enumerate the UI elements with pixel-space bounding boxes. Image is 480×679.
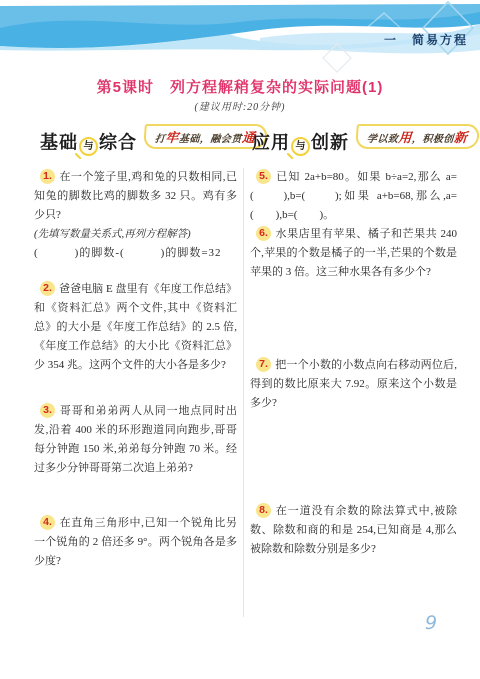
workbook-page: 一 简易方程 第5课时 列方程解稍复杂的实际问题(1) (建议用时:20分钟) … <box>0 0 480 679</box>
problem-text: 在一道没有余数的除法算式中,被除数、除数和商的和是 254,已知商是 4,那么被… <box>250 505 457 555</box>
problem-hint-note: (先填写数量关系式,再列方程解答) <box>34 225 237 244</box>
page-number: 9 <box>425 612 437 634</box>
section-title-part: 基础 <box>40 132 78 152</box>
problem-8: 8.在一道没有余数的除法算式中,被除数、除数和商的和是 254,已知商是 4,那… <box>250 502 457 612</box>
problem-number-badge: 5. <box>256 169 271 184</box>
page-title: 第5课时 列方程解稍复杂的实际问题(1) <box>0 76 480 97</box>
section-title-part: 应用 <box>252 132 290 152</box>
slogan-accent-char: 牢 <box>165 130 180 145</box>
problem-text: 爸爸电脑 E 盘里有《年度工作总结》和《资料汇总》两个文件,其中《资料汇总》的大… <box>34 283 237 371</box>
problem-number-badge: 2. <box>40 281 55 296</box>
problem-text: 水果店里有苹果、橘子和芒果共 240 个,苹果的个数是橘子的一半,芒果的个数是苹… <box>250 228 457 278</box>
problem-number-badge: 6. <box>256 226 271 241</box>
problem-5: 5.已知 2a+b=80。如果 b÷a=2,那么 a=( ),b=( );如果 … <box>250 168 457 225</box>
problem-number-badge: 1. <box>40 169 55 184</box>
section-slogan: 学以致用，积极创新 <box>355 124 479 149</box>
problem-text: 已知 2a+b=80。如果 b÷a=2,那么 a=( ),b=( );如果 a+… <box>250 171 457 221</box>
wave-banner-graphic <box>0 0 480 80</box>
header-banner: 一 简易方程 <box>0 0 480 80</box>
slogan-text: ，积极创 <box>411 134 454 145</box>
problem-2: 2.爸爸电脑 E 盘里有《年度工作总结》和《资料汇总》两个文件,其中《资料汇总》… <box>34 280 237 402</box>
problem-number-badge: 7. <box>256 357 271 372</box>
problem-number-badge: 4. <box>40 515 55 530</box>
magnifier-circle-icon: 与 <box>291 137 310 156</box>
slogan-text: 学以致 <box>366 134 398 145</box>
slogan-text: 基础，融会贯 <box>178 134 242 145</box>
problem-4: 4.在直角三角形中,已知一个锐角比另一个锐角的 2 倍还多 9°。两个锐角各是多… <box>34 514 237 614</box>
suggested-time-note: (建议用时:20分钟) <box>0 98 480 113</box>
column-divider <box>243 168 244 617</box>
slogan-accent-char: 新 <box>453 130 468 145</box>
problem-number-badge: 3. <box>40 403 55 418</box>
right-column: 5.已知 2a+b=80。如果 b÷a=2,那么 a=( ),b=( );如果 … <box>250 168 457 612</box>
problem-text: 在一个笼子里,鸡和兔的只数相同,已知兔的脚数比鸡的脚数多 32 只。鸡有多少只? <box>34 171 237 221</box>
left-column: 1.在一个笼子里,鸡和兔的只数相同,已知兔的脚数比鸡的脚数多 32 只。鸡有多少… <box>34 168 237 614</box>
problem-text: 在直角三角形中,已知一个锐角比另一个锐角的 2 倍还多 9°。两个锐角各是多少度… <box>34 517 237 567</box>
section-basics-header: 基础与综合打牢基础，融会贯通 <box>0 127 240 165</box>
problem-text: 把一个小数的小数点向右移动两位后,得到的数比原来大 7.92。原来这个小数是多少… <box>250 359 457 409</box>
slogan-accent-char: 用 <box>398 130 413 145</box>
problem-1: 1.在一个笼子里,鸡和兔的只数相同,已知兔的脚数比鸡的脚数多 32 只。鸡有多少… <box>34 168 237 280</box>
section-application-header: 应用与创新学以致用，积极创新 <box>240 127 480 165</box>
problem-number-badge: 8. <box>256 503 271 518</box>
problem-3: 3.哥哥和弟弟两人从同一地点同时出发,沿着 400 米的环形跑道同向跑步,哥哥每… <box>34 402 237 514</box>
chapter-label: 一 简易方程 <box>384 31 468 48</box>
section-title-part: 创新 <box>311 132 349 152</box>
section-title-part: 综合 <box>99 132 137 152</box>
problem-7: 7.把一个小数的小数点向右移动两位后,得到的数比原来大 7.92。原来这个小数是… <box>250 356 457 502</box>
section-headers: 基础与综合打牢基础，融会贯通 应用与创新学以致用，积极创新 <box>0 127 480 165</box>
problem-6: 6.水果店里有苹果、橘子和芒果共 240 个,苹果的个数是橘子的一半,芒果的个数… <box>250 225 457 356</box>
problem-text: 哥哥和弟弟两人从同一地点同时出发,沿着 400 米的环形跑道同向跑步,哥哥每分钟… <box>34 405 237 474</box>
fill-in-equation: ( )的脚数-( )的脚数=32 <box>34 244 237 263</box>
magnifier-circle-icon: 与 <box>79 137 98 156</box>
